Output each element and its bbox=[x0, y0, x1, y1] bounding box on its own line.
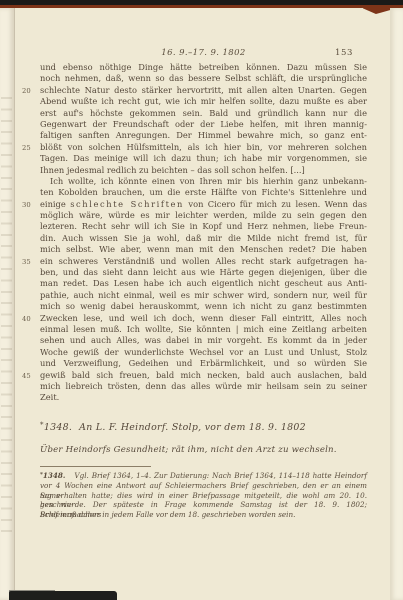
letter-line: mich liebreich trösten, denn das alles w… bbox=[40, 381, 367, 392]
letter-line: Ihnen jedesmal redlich zu beichten – das… bbox=[40, 165, 367, 176]
letter-line: möglich wäre, würde es mir leichter werd… bbox=[40, 210, 367, 221]
letter-line: Tagen. Das meinige will ich dazu thun; i… bbox=[40, 153, 367, 164]
page-number: 153 bbox=[335, 48, 353, 58]
letter-line: ben, und das sieht dann leicht aus wie H… bbox=[40, 267, 367, 278]
letter-line: 45gewiß bald sich freuen, bald mich neck… bbox=[40, 370, 367, 381]
letter-line: Gegenwart der Freundschaft oder der Lieb… bbox=[40, 119, 367, 130]
letter-line: 40Zwecken lese, und weil ich doch, wenn … bbox=[40, 313, 367, 324]
book-cover-edge bbox=[0, 5, 403, 8]
letter-line: faltigen sanften Anregungen. Der Himmel … bbox=[40, 130, 367, 141]
margin-line-number: 25 bbox=[22, 143, 36, 154]
letter-line: 30einige schlechte Schriften von Cicero … bbox=[40, 199, 367, 210]
entry-number-text: 1348. bbox=[44, 422, 72, 433]
page-fore-edge-left bbox=[0, 8, 15, 600]
book-page-scan: 16. 9.–17. 9. 1802 153 und ebenso nöthig… bbox=[0, 0, 403, 600]
asterisk-mark: * bbox=[40, 472, 43, 478]
letter-entry-summary: Über Heindorfs Gesundheit; rät ihm, nich… bbox=[40, 445, 367, 455]
letter-line: pathie, auch nicht einmal, weil es mir s… bbox=[40, 290, 367, 301]
letter-line: einmal lesen muß. Ich wollte, Sie könnte… bbox=[40, 324, 367, 335]
letter-line: 20schlechte Natur desto stärker hervortr… bbox=[40, 85, 367, 96]
letter-line: lezteren. Recht sehr will ich Sie in Kop… bbox=[40, 221, 367, 232]
footnote-block: *1348.Vgl. Brief 1364, 1–4. Zur Datierun… bbox=[40, 471, 367, 520]
footnote-rule bbox=[40, 466, 151, 467]
footnote-label: *1348. bbox=[40, 471, 65, 480]
letter-line: sehen und auch Alles, was dabei in mir v… bbox=[40, 335, 367, 346]
footnote-line: tag erhalten hatte; dies wird in einer B… bbox=[40, 491, 367, 501]
page-fore-edge-right bbox=[390, 8, 403, 600]
margin-line-number: 45 bbox=[22, 371, 36, 382]
footnote-line: vor 4 Wochen eine Antwort auf Schleierma… bbox=[40, 481, 367, 491]
letter-line: Ich wollte, ich könnte einen von Ihren m… bbox=[40, 176, 367, 187]
letter-line: noch nehmen, daß, wenn so das bessere Se… bbox=[40, 73, 367, 84]
letter-line: mich so wenig dabei herauskommt, wenn ic… bbox=[40, 301, 367, 312]
letterspaced-phrase: schlechte Schriften bbox=[70, 199, 184, 209]
letter-line: Woche gewiß der wunderlichste Wechsel vo… bbox=[40, 347, 367, 358]
letter-line: din. Auch wissen Sie ja wohl, daß mir di… bbox=[40, 233, 367, 244]
letter-line: 25blößt von solchen Hülfsmitteln, als ic… bbox=[40, 142, 367, 153]
margin-line-number: 30 bbox=[22, 200, 36, 211]
show-through-text bbox=[1, 93, 12, 533]
footnote-line: ben wurde. Der späteste in Frage kommend… bbox=[40, 500, 367, 510]
letter-line: Zeit. bbox=[40, 392, 367, 403]
running-head: 16. 9.–17. 9. 1802 153 bbox=[40, 48, 367, 60]
scan-bottom-edge bbox=[9, 591, 117, 600]
footnote-line: *1348.Vgl. Brief 1364, 1–4. Zur Datierun… bbox=[40, 471, 367, 481]
letter-text-block: und ebenso nöthige Dinge hätte betreiben… bbox=[40, 62, 367, 404]
letter-line: mich selbst. Wie aber, wenn man mit den … bbox=[40, 244, 367, 255]
margin-line-number: 20 bbox=[22, 86, 36, 97]
footnote-line: Brief muß daher in jedem Falle vor dem 1… bbox=[40, 510, 367, 520]
margin-line-number: 35 bbox=[22, 257, 36, 268]
entry-title: An L. F. Heindorf. Stolp, vor dem 18. 9.… bbox=[79, 422, 306, 433]
letter-line: und Verzweiflung, Gedeihen und Erbärmlic… bbox=[40, 358, 367, 369]
letter-line: und ebenso nöthige Dinge hätte betreiben… bbox=[40, 62, 367, 73]
running-head-date: 16. 9.–17. 9. 1802 bbox=[40, 48, 367, 58]
letter-line: erst auf's höchste gekommen sein. Bald u… bbox=[40, 108, 367, 119]
letter-line: ten Kobolden brauchen, um die erste Hälf… bbox=[40, 187, 367, 198]
letter-entry-heading: *1348.An L. F. Heindorf. Stolp, vor dem … bbox=[40, 421, 367, 433]
letter-line: man redet. Das Lesen habe ich auch eigen… bbox=[40, 278, 367, 289]
letter-line: Abend wußte ich recht gut, wie ich mir h… bbox=[40, 96, 367, 107]
entry-number: *1348. bbox=[40, 422, 72, 433]
letter-line: 35ein schweres Verständniß und wollen Al… bbox=[40, 256, 367, 267]
margin-line-number: 40 bbox=[22, 314, 36, 325]
